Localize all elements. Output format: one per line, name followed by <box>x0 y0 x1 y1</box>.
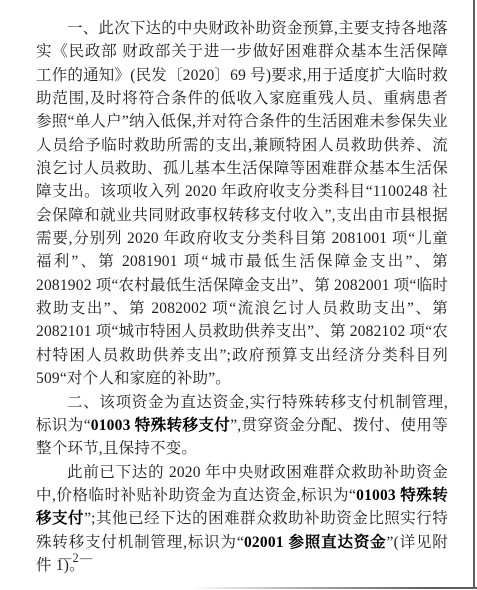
transfer-id-01003-bold-part2: 付 <box>68 510 84 527</box>
paragraph-3: 此前已下达的 2020 年中央财政困难群众救助补助资金中,价格临时补贴补助资金为… <box>36 461 448 578</box>
scan-edge-right-line <box>473 0 475 588</box>
page-number: —2— <box>59 551 93 566</box>
paragraph-2: 二、该项资金为直达资金,实行特殊转移支付机制管理,标识为“01003 特殊转移支… <box>36 391 448 461</box>
transfer-id-02001-bold: 02001 参照直达资金 <box>244 534 387 551</box>
document-page: 一、此次下达的中央财政补助资金预算,主要支持各地落实《民政部 财政部关于进一步做… <box>0 0 477 590</box>
transfer-id-01003-bold: 01003 特殊转移支付 <box>91 417 230 434</box>
document-body: 一、此次下达的中央财政补助资金预算,主要支持各地落实《民政部 财政部关于进一步做… <box>36 17 448 577</box>
scan-edge-bottom-line <box>0 587 477 589</box>
paragraph-1: 一、此次下达的中央财政补助资金预算,主要支持各地落实《民政部 财政部关于进一步做… <box>36 17 448 391</box>
paragraph-1-text: 一、此次下达的中央财政补助资金预算,主要支持各地落实《民政部 财政部关于进一步做… <box>36 20 448 387</box>
